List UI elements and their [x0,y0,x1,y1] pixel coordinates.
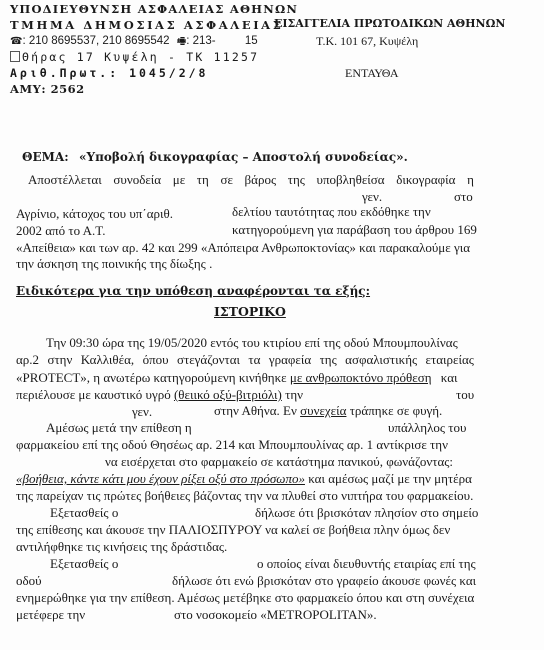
word: τη [197,172,209,188]
details-heading: Ειδικότερα για την υπόθεση αναφέρονται τ… [16,284,370,298]
word: ασφαλιστικής [345,352,417,368]
word: υποβληθείσα [317,172,385,188]
history-p4-line-2b: δήλωσε ότι ενώ βρισκόταν στο γραφείο άκο… [172,573,476,589]
recipient: ΕΙΣΑΓΓΕΛΙΑ ΠΡΩΤΟΔΙΚΩΝ ΑΘΗΝΩΝ [274,17,505,30]
history-p4-line-1a: Εξετασθείς ο [50,556,118,572]
document-page: ΥΠΟΔΙΕΥΘΥΝΣΗ ΑΣΦΑΛΕΙΑΣ ΑΘΗΝΩΝ ΤΜΗΜΑ ΔΗΜΟ… [0,0,544,650]
history-p4-line-3: ενημερώθηκε για την επίθεση. Αμέσως μετέ… [16,590,474,606]
recipient-postcode: Τ.Κ. 101 67, Κυψέλη [316,34,418,49]
history-p3-line-3: αντιλήφθηκε τις κινήσεις της δράστιδας. [16,539,227,555]
word: δικογραφία [396,172,455,188]
header-address: Θήρας 17 Κυψέλη - ΤΚ 11257 [10,50,259,64]
history-p2-line-4: «βοήθεια, κάντε κάτι μου έχουν ρίξει οξύ… [16,471,472,487]
word: στην [47,352,72,368]
underlined-phrase: συνεχεία [300,403,346,418]
text-segment: και [441,370,458,385]
word: της [288,172,305,188]
word: όπου [143,352,169,368]
fax-icon: 🖷 [177,34,186,51]
word: Αποστέλλεται [28,172,102,188]
word: τα [248,352,260,368]
text-segment: «PROTECT», η ανωτέρω κατηγορούμενη κινήθ… [16,370,287,385]
history-p3-line-1a: Εξετασθείς ο [50,505,118,521]
protocol-number: Αριθ.Πρωτ.: 1045/2/8 [10,66,208,80]
history-p4-line-4a: μετέφερε την [16,607,85,623]
subject-text: «Υποβολή δικογραφίας – Αποστολή συνοδεία… [79,150,408,164]
address-text: Θήρας 17 Κυψέλη - ΤΚ 11257 [22,50,259,64]
word: γραφεία [269,352,311,368]
intro-birth-label: γεν. [362,189,382,205]
history-p1-line-3: «PROTECT», η ανωτέρω κατηγορούμενη κινήθ… [16,370,458,386]
word: στεγάζονται [177,352,240,368]
word: συνοδεία [113,172,161,188]
word: της [320,352,337,368]
word: με [173,172,185,188]
subject-line: ΘΕΜΑ:«Υποβολή δικογραφίας – Αποστολή συν… [22,150,408,164]
phone-numbers: : 210 8695537, 210 8695542 [22,35,169,47]
history-p3-line-2: της επίθεσης και άκουσε την ΠΑΛΙΟΣΠΥΡΟΥ … [16,522,450,538]
underlined-phrase: με ανθρωποκτόνο πρόθεση [290,370,432,385]
quoted-exclamation: «βοήθεια, κάντε κάτι μου έχουν ρίξει οξύ… [16,471,305,486]
intro-place-label: στο [454,189,473,205]
history-p1-line-2: αρ.2στηνΚαλλιθέα,όπουστεγάζονταιταγραφεί… [16,352,474,368]
intro-line-4a: 2002 από το Α.Τ. [16,223,106,239]
history-p2-line-2: φαρμακείου επί της οδού Θησέως αρ. 214 κ… [16,437,448,453]
intro-line-6: την άσκηση της ποινικής της δίωξης . [16,256,212,272]
word: Καλλιθέα, [81,352,134,368]
intro-line-3a: Αγρίνιο, κάτοχος του υπ΄αριθ. [16,206,173,222]
history-p1-line-5a: γεν. [132,404,152,420]
word: η [467,172,474,188]
history-p2-line-3: να εισέρχεται στο φαρμακείο σε κατάστημα… [105,454,453,470]
word: σε [220,172,232,188]
amy-number: ΑΜΥ: 2562 [10,82,85,96]
intro-line-1: Αποστέλλεταισυνοδείαμετησεβάροςτηςυποβλη… [28,172,474,188]
word: εταιρείας [426,352,474,368]
subject-label: ΘΕΜΑ: [22,150,79,164]
header-department: ΥΠΟΔΙΕΥΘΥΝΣΗ ΑΣΦΑΛΕΙΑΣ ΑΘΗΝΩΝ [10,2,298,16]
text-segment: την [285,387,303,402]
intro-line-5: «Απείθεια» και των αρ. 42 και 299 «Απόπε… [16,240,470,256]
fax-number: : 213- [186,35,215,47]
phone-icon: ☎ [10,36,22,47]
header-contact: ☎: 210 8695537, 210 8695542 🖷: 213- 15 [10,34,258,51]
text-segment: και αμέσως μαζί με την μητέρα [308,471,472,486]
history-p1-line-4: περιέλουσε με καυστικό υγρό (θειικό οξύ-… [16,387,303,403]
text-segment: περιέλουσε με καυστικό υγρό [16,387,171,402]
history-p4-line-2a: οδού [16,573,42,589]
history-p1-line-1: Την 09:30 ώρα της 19/05/2020 εντός του κ… [46,335,458,351]
history-p2-line-5: της παρείχαν τις πρώτες βοήθειες βάζοντα… [16,488,473,504]
history-title: ΙΣΤΟΡΙΚΟ [214,304,286,319]
text-segment: τράπηκε σε φυγή. [350,403,443,418]
address-box-icon [10,51,20,62]
history-p2-line-1b: υπάλληλος του [388,420,466,436]
history-p1-line-4-end: του [456,387,474,403]
text-segment: στην Αθήνα. Εν [214,403,297,418]
history-p3-line-1b: δήλωσε ότι βρισκόταν πλησίον στο σημείο [255,505,478,521]
underlined-phrase: (θειικό οξύ-βιτριόλι) [174,387,282,402]
intro-line-3b: δελτίου ταυτότητας που εκδόθηκε την [232,204,431,220]
intro-line-4b: κατηγορούμενη για παράβαση του άρθρου 16… [232,222,477,238]
word: αρ.2 [16,352,39,368]
history-p1-line-5: στην Αθήνα. Εν συνεχεία τράπηκε σε φυγή. [214,403,442,419]
fax-number-tail: 15 [245,35,258,47]
word: βάρος [245,172,277,188]
history-p2-line-1a: Αμέσως μετά την επίθεση η [46,420,192,436]
header-section: ΤΜΗΜΑ ΔΗΜΟΣΙΑΣ ΑΣΦΑΛΕΙΑΣ [10,18,283,32]
recipient-location: ΕΝΤΑΥΘΑ [345,66,399,81]
history-p4-line-1b: ο οποίος είναι διευθυντής εταιρίας επί τ… [257,556,476,572]
history-p4-line-4b: στο νοσοκομείο «METROPOLITAN». [174,607,377,623]
